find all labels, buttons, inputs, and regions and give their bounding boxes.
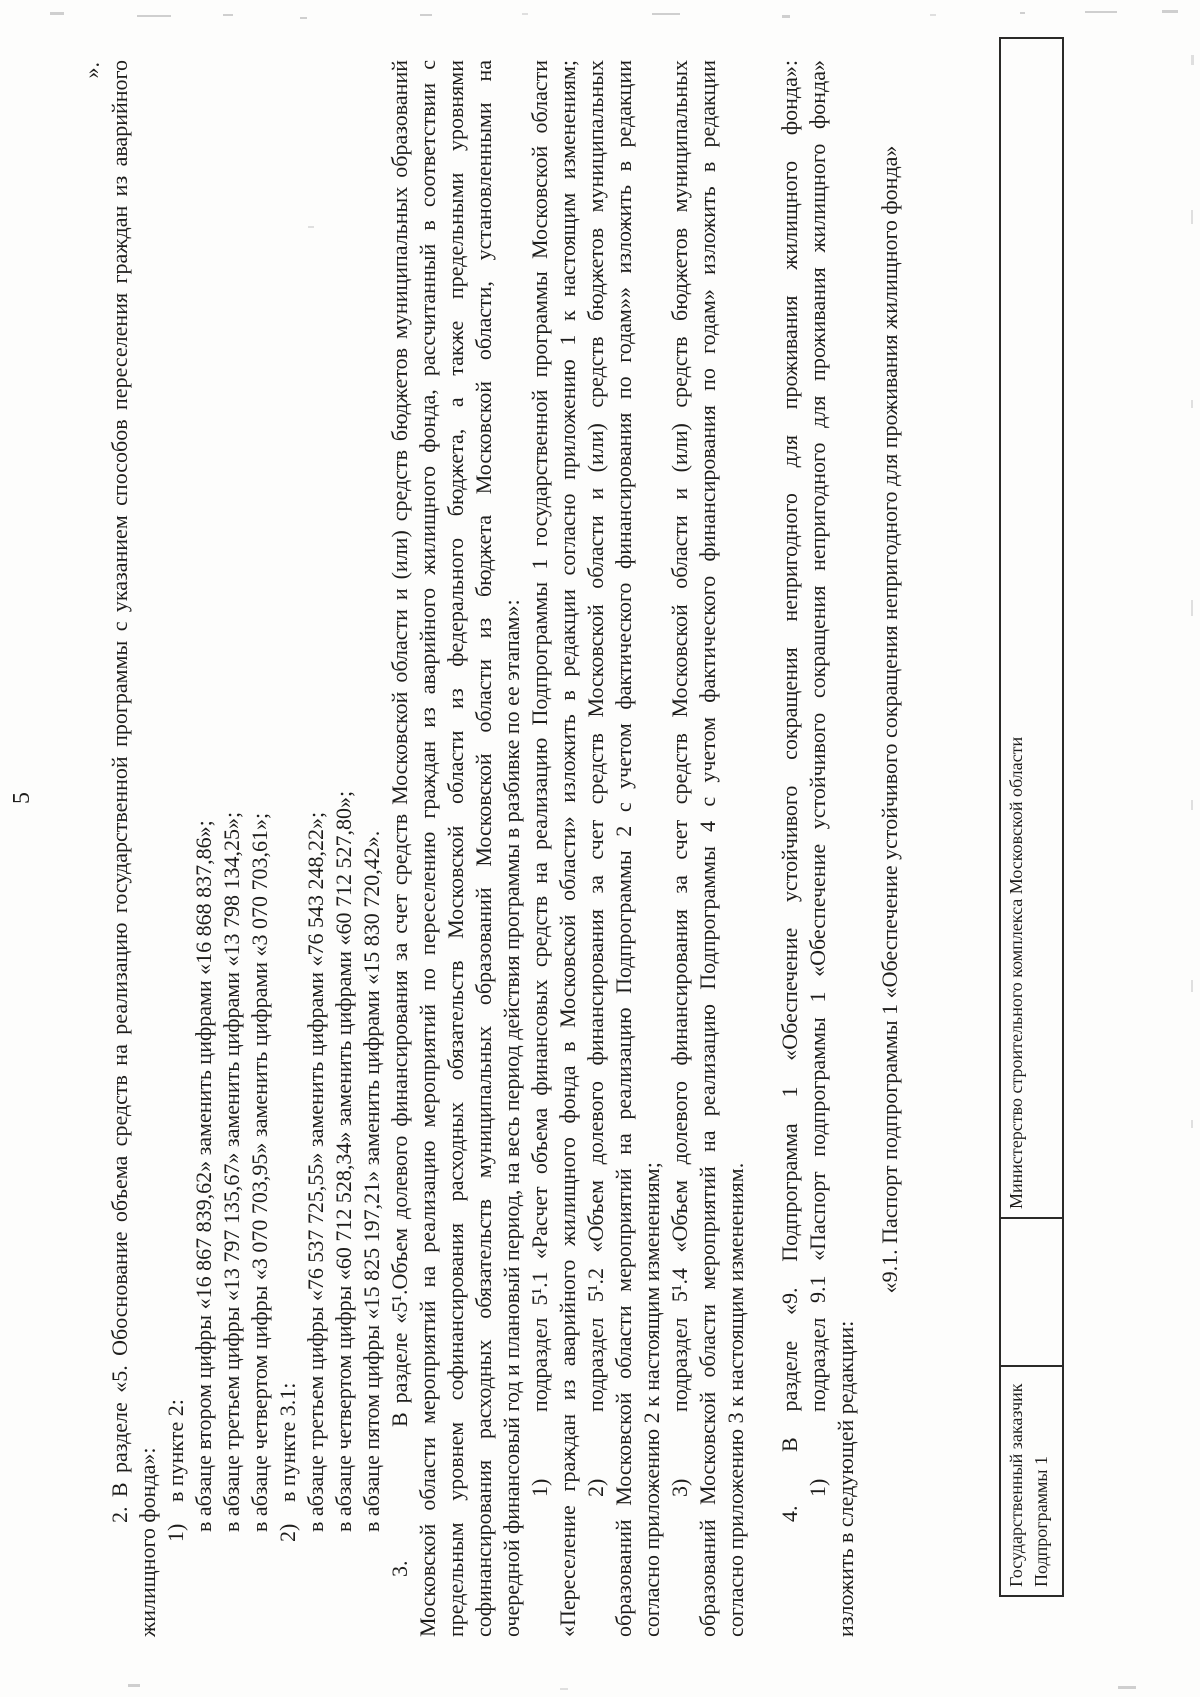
table-cell: Министерство строительного комплекса Мос… [1000,38,1063,1218]
document-line: Московской области мероприятий на реализ… [414,60,442,1637]
document-line: 1)подраздел 5¹.1 «Расчет объема финансов… [526,60,554,1637]
document-line: 2)в пункте 3.1: [274,60,302,1637]
line-text: подраздел 5¹.4 «Объем долевого финансиро… [667,60,692,1412]
line-text: в абзаце пятом цифры «15 825 197,21» зам… [359,831,384,1532]
line-text: «9.1. Паспорт подпрограммы 1 «Обеспечени… [877,146,902,1294]
document-line: в абзаце третьем цифры «76 537 725,55» з… [302,60,330,1637]
document-line: образований Московской области мероприят… [610,60,638,1637]
line-text: «Переселение граждан из аварийного жилищ… [555,60,580,1637]
document-line: 1)в пункте 2: [162,60,190,1637]
line-text: согласно приложению 3 к настоящим измене… [723,1163,748,1637]
rotated-landscape-page: 5 ». 2. В разделе «5. Обоснование объема… [0,0,1200,1697]
document-content: ». 2. В разделе «5. Обоснование объема с… [78,60,1064,1637]
document-line: в абзаце втором цифры «16 867 839,62» за… [190,60,218,1637]
line-text: в абзаце третьем цифры «76 537 725,55» з… [303,812,328,1532]
closing-quote-mark: ». [78,60,106,1637]
line-text: подраздел 5¹.2 «Объем долевого финансиро… [583,60,608,1412]
table-cell [1000,1218,1063,1366]
list-marker: 1) [526,1412,554,1497]
line-text: Московской области мероприятий на реализ… [415,60,440,1637]
line-text: жилищного фонда»: [135,1447,160,1637]
line-text: согласно приложению 2 к настоящим измене… [639,1162,664,1637]
page-number: 5 [8,792,36,804]
document-line: согласно приложению 3 к настоящим измене… [722,60,750,1637]
passport-table-body: Государственный заказчик Подпрограммы 1М… [1000,38,1063,1596]
line-text: в абзаце втором цифры «16 867 839,62» за… [191,820,216,1532]
scanned-document-screenshot: { "page": { "number": "5", "closing_quot… [0,0,1200,1697]
list-marker: 1) [804,1412,832,1497]
document-line: софинансирования расходных обязательств … [470,60,498,1637]
document-line: «Переселение граждан из аварийного жилищ… [554,60,582,1637]
line-text: образований Московской области мероприят… [611,60,636,1637]
list-marker: 1) [162,1502,190,1542]
document-line: «9.1. Паспорт подпрограммы 1 «Обеспечени… [876,60,904,1637]
table-row: Государственный заказчик Подпрограммы 1М… [1000,38,1063,1596]
table-cell: Государственный заказчик Подпрограммы 1 [1000,1366,1063,1596]
list-marker: 4. [776,1452,804,1522]
line-text: подраздел 9.1 «Паспорт подпрограммы 1 «О… [805,60,830,1412]
document-lines: 2. В разделе «5. Обоснование объема сред… [106,60,904,1637]
document-line: 2)подраздел 5¹.2 «Объем долевого финанси… [582,60,610,1637]
line-text: в пункте 3.1: [275,1383,300,1502]
line-text: 2. В разделе «5. Обоснование объема сред… [107,60,132,1523]
document-line: в абзаце третьем цифры «13 797 135,67» з… [218,60,246,1637]
document-line: изложить в следующей редакции: [832,60,860,1637]
document-line: в абзаце четвертом цифры «3 070 703,95» … [246,60,274,1637]
line-text: в пункте 2: [163,1399,188,1502]
document-line: 2. В разделе «5. Обоснование объема сред… [106,60,134,1637]
line-text: очередной финансовый год и плановый пери… [499,599,524,1637]
list-marker: 2) [274,1502,302,1542]
document-line: в абзаце четвертом цифры «60 712 528,34»… [330,60,358,1637]
line-text: в абзаце четвертом цифры «3 070 703,95» … [247,813,272,1532]
line-text: В разделе «9. Подпрограмма 1 «Обеспечени… [777,60,802,1452]
line-text: изложить в следующей редакции: [833,1321,858,1637]
document-line: 4.В разделе «9. Подпрограмма 1 «Обеспече… [776,60,804,1637]
document-line: в абзаце пятом цифры «15 825 197,21» зам… [358,60,386,1637]
passport-table: Государственный заказчик Подпрограммы 1М… [999,37,1064,1597]
document-line: 3.В разделе «5¹.Объем долевого финансиро… [386,60,414,1637]
document-line: предельным уровнем софинансирования расх… [442,60,470,1637]
list-marker: 3. [386,1427,414,1577]
document-line: 1)подраздел 9.1 «Паспорт подпрограммы 1 … [804,60,832,1637]
line-text: предельным уровнем софинансирования расх… [443,60,468,1637]
list-marker: 3) [666,1412,694,1497]
document-line: очередной финансовый год и плановый пери… [498,60,526,1637]
line-text: образований Московской области мероприят… [695,60,720,1637]
document-line: согласно приложению 2 к настоящим измене… [638,60,666,1637]
document-line: образований Московской области мероприят… [694,60,722,1637]
line-text: софинансирования расходных обязательств … [471,60,496,1637]
line-text: подраздел 5¹.1 «Расчет объема финансовых… [527,60,552,1412]
document-line: жилищного фонда»: [134,60,162,1637]
line-text: в абзаце третьем цифры «13 797 135,67» з… [219,812,244,1532]
line-text: в абзаце четвертом цифры «60 712 528,34»… [331,791,356,1532]
list-marker: 2) [582,1412,610,1497]
line-text: В разделе «5¹.Объем долевого финансирова… [387,60,412,1427]
document-line: 3)подраздел 5¹.4 «Объем долевого финанси… [666,60,694,1637]
